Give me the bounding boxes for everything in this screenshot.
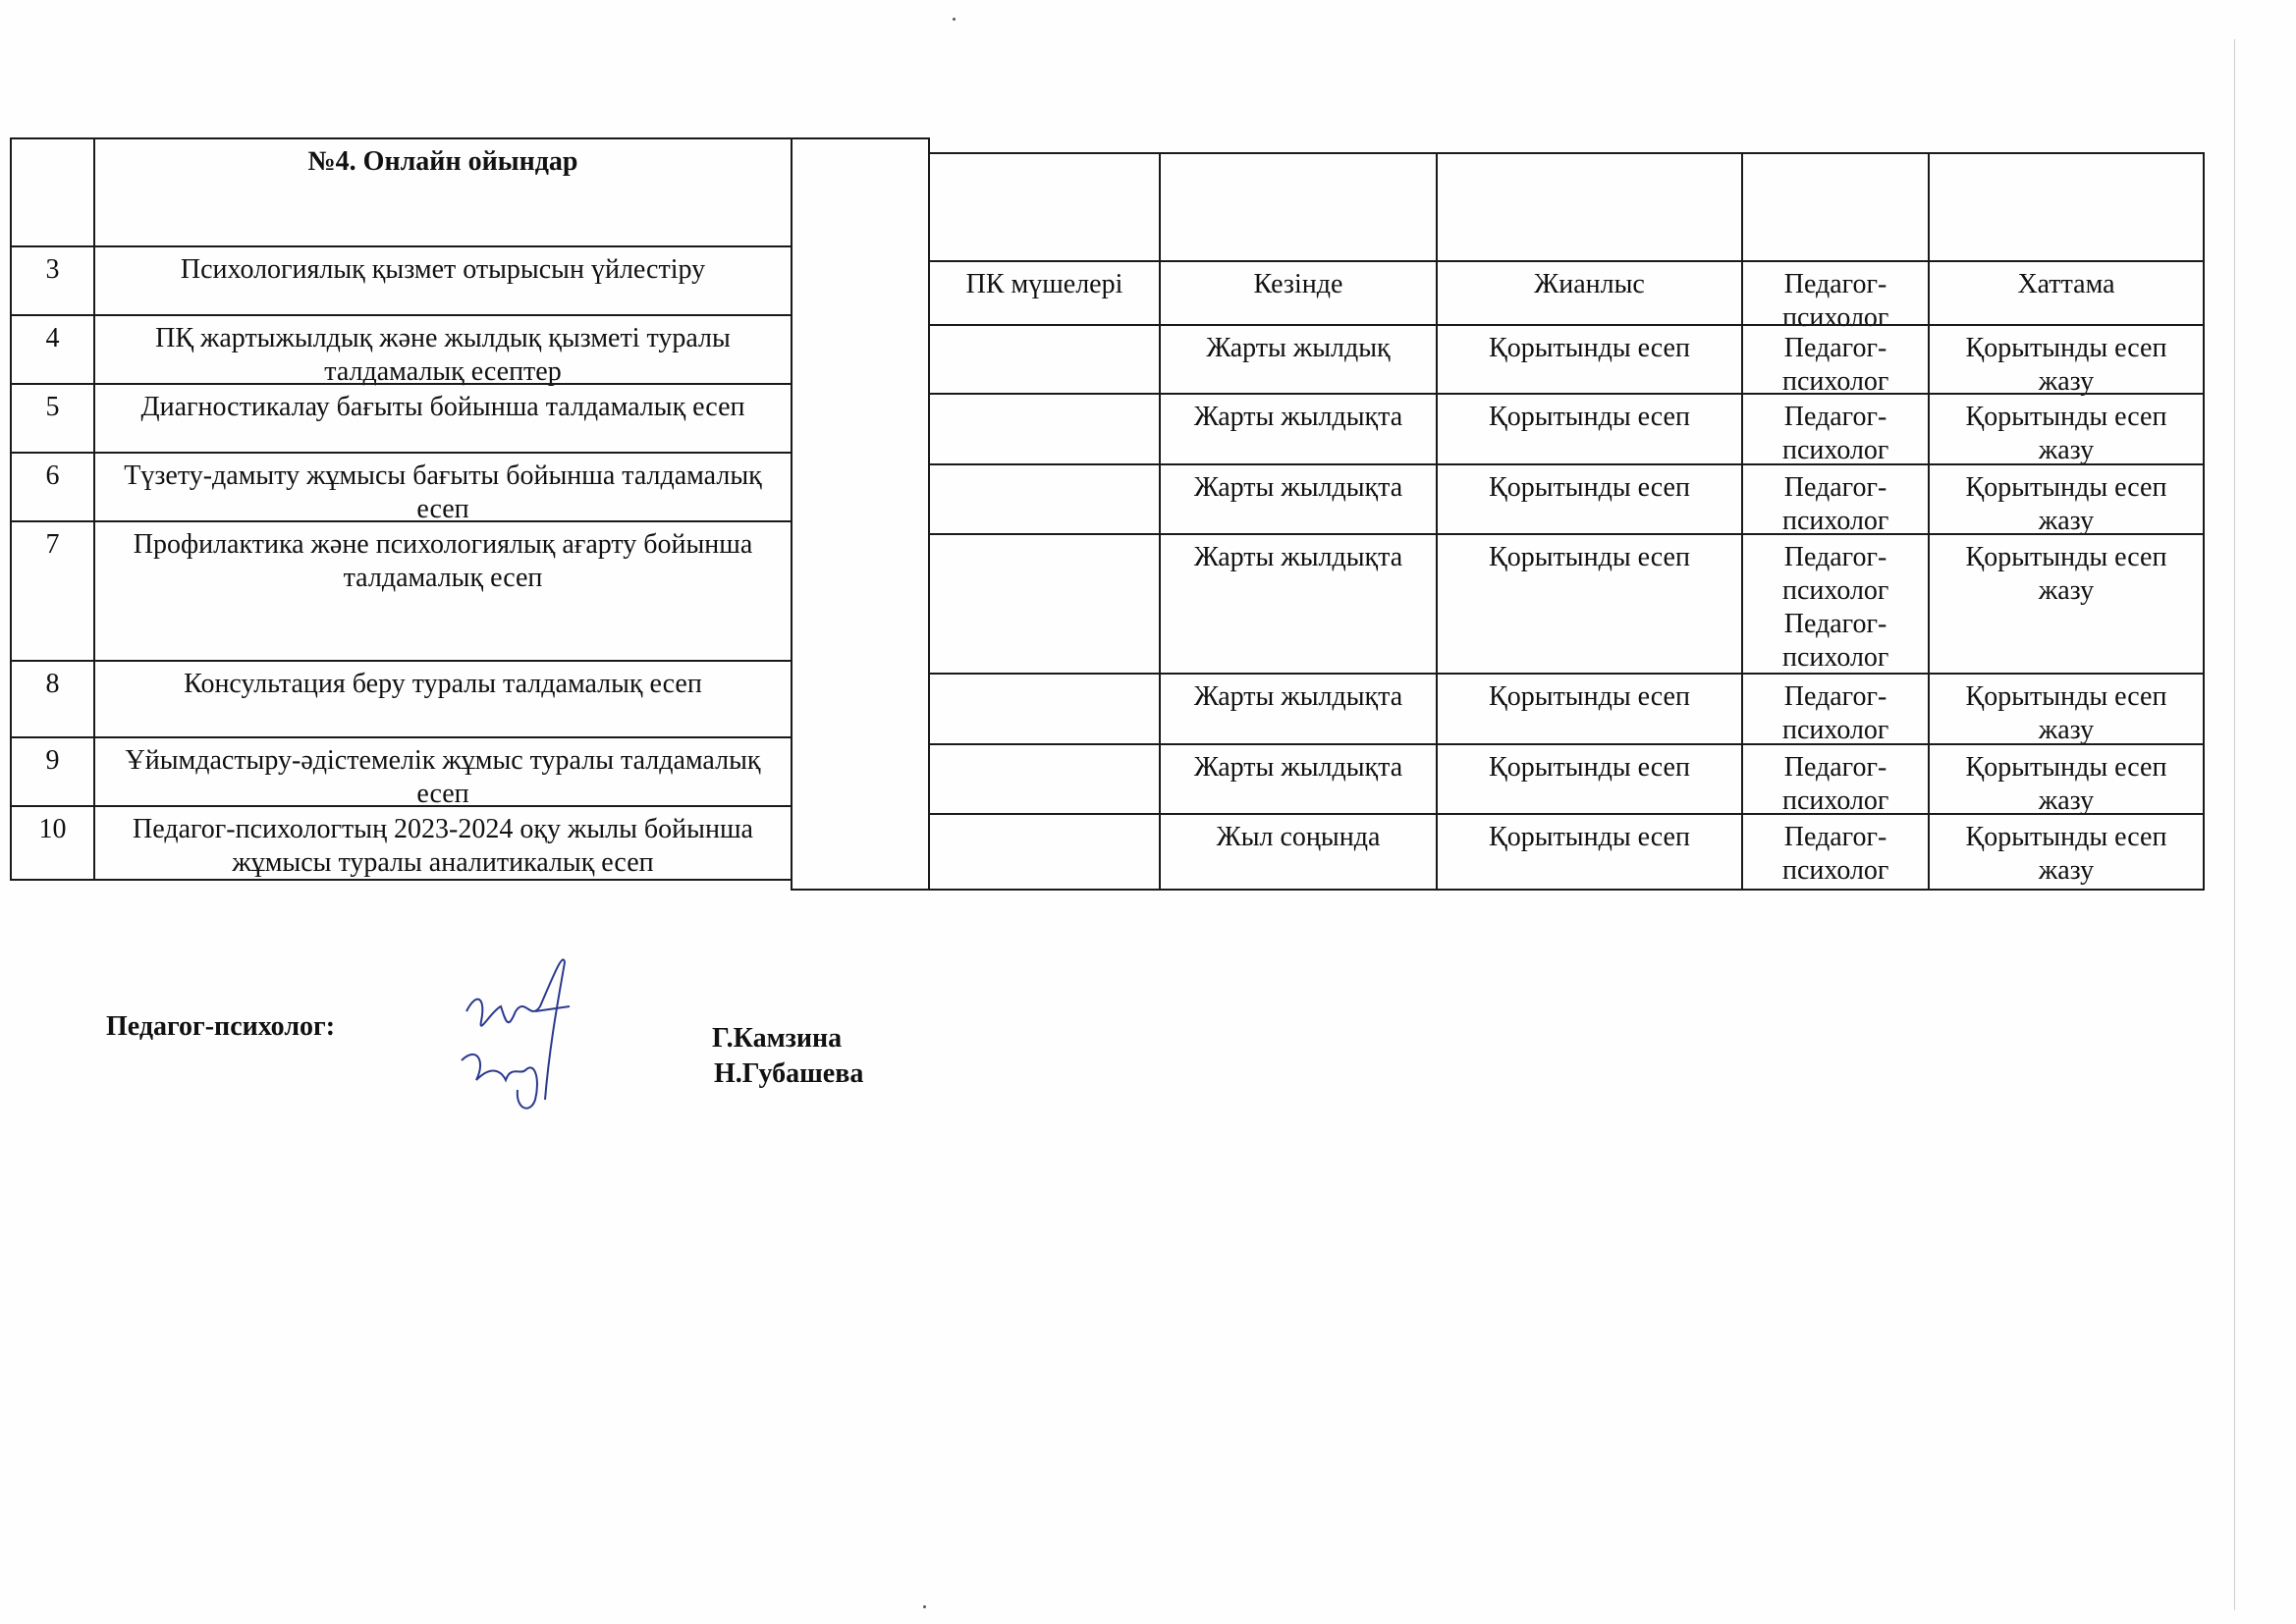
row-form-cell: Қорытынды есеп (1436, 463, 1743, 535)
row-form-cell: Жианлыс (1436, 260, 1743, 326)
row-number-cell-text: 7 (12, 522, 93, 562)
row-number-cell-text: 4 (12, 316, 93, 355)
row-title-cell: Педагог-психологтың 2023-2024 оқу жылы б… (93, 805, 793, 881)
row-form-cell: Қорытынды есеп (1436, 743, 1743, 815)
row-title-cell-text: Психологиялық қызмет отырысын үйлестіру (95, 247, 791, 287)
page-edge (2234, 39, 2235, 1610)
row-output-cell: Қорытынды есеп жазу (1928, 673, 2205, 745)
row-participants-cell: ПК мүшелері (928, 260, 1161, 326)
row-participants-cell-text (930, 326, 1159, 332)
row-title-cell-text: Ұйымдастыру-әдістемелік жұмыс туралы тал… (95, 738, 791, 811)
signature-names: Г.Камзина Н.Губашева (712, 1021, 863, 1092)
row-title-cell: Түзету-дамыту жұмысы бағыты бойынша талд… (93, 452, 793, 522)
row-timing-cell: Жарты жылдық (1159, 324, 1438, 395)
row-timing-cell: Жыл соңында (1159, 813, 1438, 891)
row-timing-cell-text: Жыл соңында (1161, 815, 1436, 854)
row-form-cell-text: Қорытынды есеп (1438, 465, 1741, 505)
header-empty-cell (1741, 152, 1930, 262)
row-output-cell: Хаттама (1928, 260, 2205, 326)
row-output-cell-text: Қорытынды есеп жазу (1930, 326, 2203, 399)
row-number-cell-text: 6 (12, 454, 93, 493)
row-number-cell-text: 10 (12, 807, 93, 846)
row-form-cell: Қорытынды есеп (1436, 813, 1743, 891)
row-output-cell-text: Қорытынды есеп жазу (1930, 465, 2203, 538)
row-participants-cell (928, 673, 1161, 745)
row-responsible-cell: Педагог-психолог (1741, 463, 1930, 535)
row-output-cell-text: Қорытынды есеп жазу (1930, 815, 2203, 888)
row-responsible-cell-text: Педагог-психолог Педагог-психолог (1743, 535, 1928, 675)
row-timing-cell: Кезінде (1159, 260, 1438, 326)
row-participants-cell (928, 324, 1161, 395)
row-number-cell-text: 5 (12, 385, 93, 424)
row-timing-cell: Жарты жылдықта (1159, 393, 1438, 465)
row-number-cell: 8 (10, 660, 95, 738)
row-timing-cell: Жарты жылдықта (1159, 463, 1438, 535)
row-output-cell: Қорытынды есеп жазу (1928, 813, 2205, 891)
row-timing-cell-text: Жарты жылдықта (1161, 535, 1436, 574)
row-responsible-cell: Педагог-психолог (1741, 260, 1930, 326)
row-timing-cell-text: Кезінде (1161, 262, 1436, 301)
row-form-cell-text: Қорытынды есеп (1438, 326, 1741, 365)
row-number-cell: 4 (10, 314, 95, 385)
row-title-cell-text: Түзету-дамыту жұмысы бағыты бойынша талд… (95, 454, 791, 526)
row-number-cell: 7 (10, 520, 95, 662)
row-form-cell: Қорытынды есеп (1436, 673, 1743, 745)
row-participants-cell-text: ПК мүшелері (930, 262, 1159, 301)
row-timing-cell: Жарты жылдықта (1159, 743, 1438, 815)
row-output-cell: Қорытынды есеп жазу (1928, 393, 2205, 465)
row-number-cell: 10 (10, 805, 95, 881)
row-form-cell-text: Қорытынды есеп (1438, 815, 1741, 854)
row-output-cell-text: Қорытынды есеп жазу (1930, 745, 2203, 818)
row-timing-cell: Жарты жылдықта (1159, 673, 1438, 745)
row-timing-cell-text: Жарты жылдықта (1161, 465, 1436, 505)
row-participants-cell (928, 743, 1161, 815)
row-title-cell: Консультация беру туралы талдамалық есеп (93, 660, 793, 738)
row-participants-cell (928, 813, 1161, 891)
row-number-cell: 3 (10, 245, 95, 316)
row-responsible-cell-text: Педагог-психолог (1743, 815, 1928, 888)
header-empty-cell (1159, 152, 1438, 262)
row-title-cell: Профилактика және психологиялық ағарту б… (93, 520, 793, 662)
row-form-cell: Қорытынды есеп (1436, 393, 1743, 465)
row-participants-cell-text (930, 745, 1159, 751)
row-title-cell: ПҚ жартыжылдық және жылдық қызметі турал… (93, 314, 793, 385)
row-participants-cell (928, 533, 1161, 675)
row-form-cell-text: Қорытынды есеп (1438, 745, 1741, 785)
row-participants-cell-text (930, 535, 1159, 541)
row-title-cell: Диагностикалау бағыты бойынша талдамалық… (93, 383, 793, 454)
row-timing-cell-text: Жарты жылдықта (1161, 745, 1436, 785)
row-participants-cell-text (930, 465, 1159, 471)
row-responsible-cell-text: Педагог-психолог (1743, 675, 1928, 747)
row-number-cell-text: 9 (12, 738, 93, 778)
row-title-cell-text: Диагностикалау бағыты бойынша талдамалық… (95, 385, 791, 424)
header-empty-cell (928, 152, 1161, 262)
row-title-cell-text: ПҚ жартыжылдық және жылдық қызметі турал… (95, 316, 791, 389)
row-responsible-cell: Педагог-психолог Педагог-психолог (1741, 533, 1930, 675)
row-responsible-cell-text: Педагог-психолог (1743, 465, 1928, 538)
row-title-cell: Психологиялық қызмет отырысын үйлестіру (93, 245, 793, 316)
row-output-cell-text: Қорытынды есеп жазу (1930, 675, 2203, 747)
row-responsible-cell: Педагог-психолог (1741, 743, 1930, 815)
row-participants-cell-text (930, 815, 1159, 821)
row-output-cell: Қорытынды есеп жазу (1928, 324, 2205, 395)
row-participants-cell (928, 393, 1161, 465)
row-output-cell-text: Қорытынды есеп жазу (1930, 535, 2203, 608)
section-title-cell: №4. Онлайн ойындар (93, 137, 793, 247)
row-responsible-cell: Педагог-психолог (1741, 673, 1930, 745)
blank-column-cell (791, 137, 930, 891)
row-title-cell-text: Профилактика және психологиялық ағарту б… (95, 522, 791, 595)
row-output-cell-text: Хаттама (1930, 262, 2203, 301)
row-number-cell: 6 (10, 452, 95, 522)
row-output-cell-text: Қорытынды есеп жазу (1930, 395, 2203, 467)
row-timing-cell: Жарты жылдықта (1159, 533, 1438, 675)
section-title-cell-text: №4. Онлайн ойындар (95, 139, 791, 179)
row-responsible-cell: Педагог-психолог (1741, 813, 1930, 891)
row-responsible-cell-text: Педагог-психолог (1743, 326, 1928, 399)
signature-role-label: Педагог-психолог: (106, 1011, 335, 1043)
row-responsible-cell: Педагог-психолог (1741, 393, 1930, 465)
header-empty-cell (1928, 152, 2205, 262)
header-num-cell (10, 137, 95, 247)
signatory-name: Н.Губашева (714, 1056, 863, 1092)
row-number-cell-text: 3 (12, 247, 93, 287)
row-title-cell-text: Консультация беру туралы талдамалық есеп (95, 662, 791, 701)
row-responsible-cell-text: Педагог-психолог (1743, 745, 1928, 818)
row-form-cell: Қорытынды есеп (1436, 533, 1743, 675)
row-participants-cell (928, 463, 1161, 535)
header-empty-cell (1436, 152, 1743, 262)
row-output-cell: Қорытынды есеп жазу (1928, 463, 2205, 535)
row-number-cell: 9 (10, 736, 95, 807)
row-form-cell-text: Жианлыс (1438, 262, 1741, 301)
row-participants-cell-text (930, 395, 1159, 401)
row-responsible-cell: Педагог-психолог (1741, 324, 1930, 395)
scan-speck (953, 18, 956, 21)
signatory-name: Г.Камзина (712, 1021, 863, 1056)
row-output-cell: Қорытынды есеп жазу (1928, 743, 2205, 815)
row-form-cell-text: Қорытынды есеп (1438, 395, 1741, 434)
row-number-cell: 5 (10, 383, 95, 454)
row-form-cell-text: Қорытынды есеп (1438, 675, 1741, 714)
row-timing-cell-text: Жарты жылдықта (1161, 675, 1436, 714)
row-timing-cell-text: Жарты жылдық (1161, 326, 1436, 365)
row-participants-cell-text (930, 675, 1159, 680)
row-title-cell-text: Педагог-психологтың 2023-2024 оқу жылы б… (95, 807, 791, 880)
handwritten-signature (447, 952, 594, 1119)
row-responsible-cell-text: Педагог-психолог (1743, 395, 1928, 467)
row-number-cell-text: 8 (12, 662, 93, 701)
row-timing-cell-text: Жарты жылдықта (1161, 395, 1436, 434)
row-output-cell: Қорытынды есеп жазу (1928, 533, 2205, 675)
scan-speck (923, 1605, 926, 1608)
row-form-cell-text: Қорытынды есеп (1438, 535, 1741, 574)
row-title-cell: Ұйымдастыру-әдістемелік жұмыс туралы тал… (93, 736, 793, 807)
row-form-cell: Қорытынды есеп (1436, 324, 1743, 395)
